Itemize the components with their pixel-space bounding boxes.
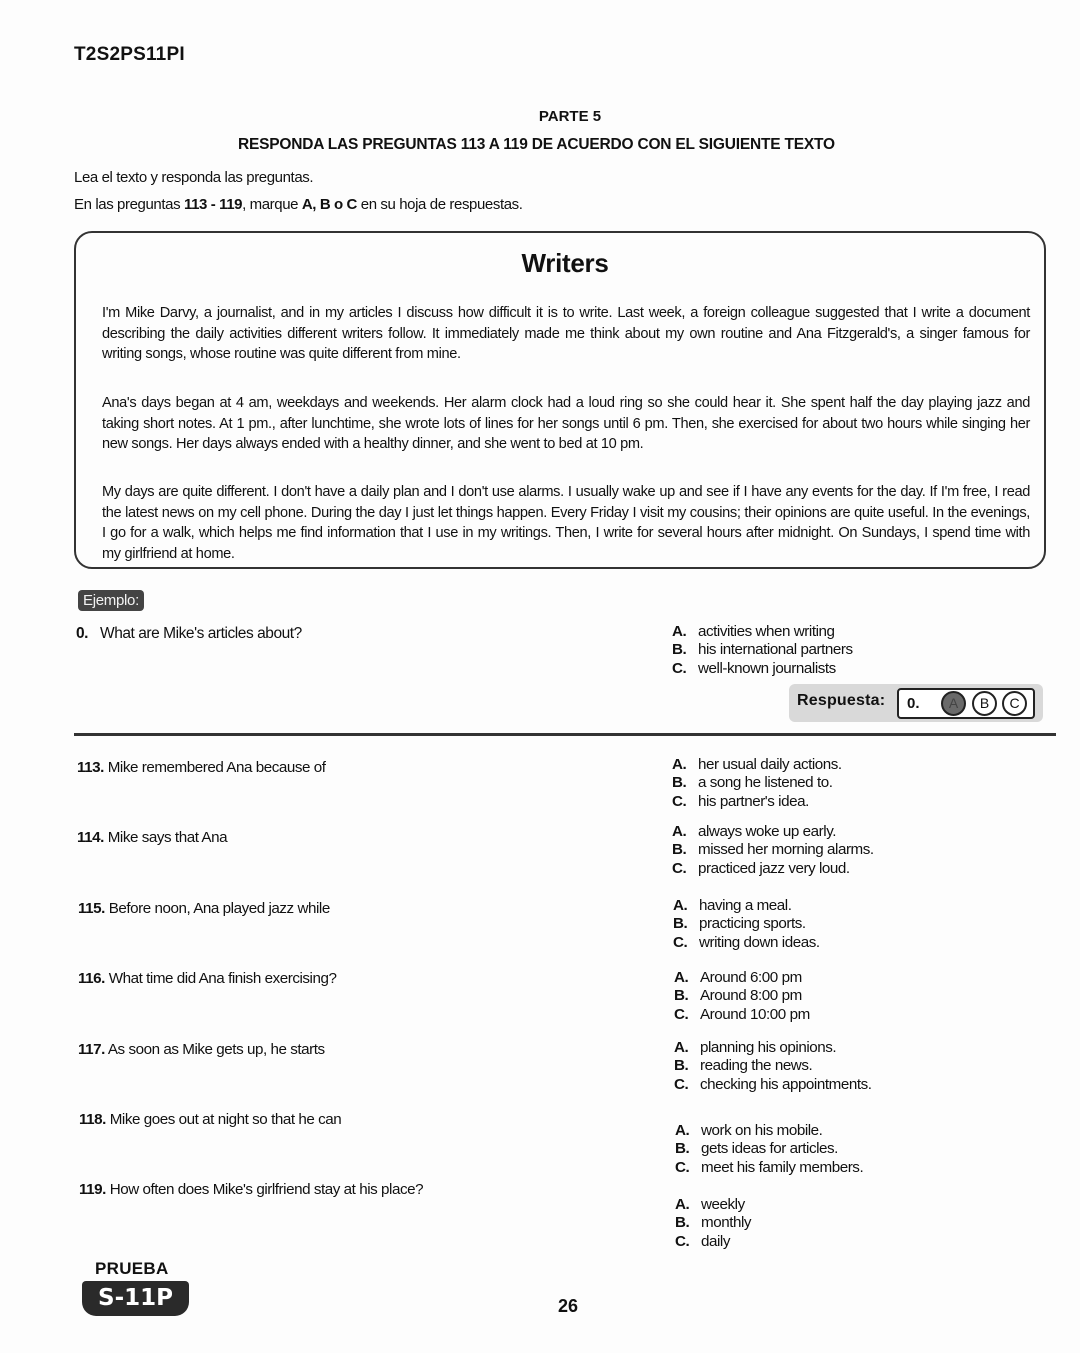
option: C.daily [675, 1233, 751, 1251]
instruction-range: 113 - 119 [184, 196, 242, 213]
option: C.writing down ideas. [673, 934, 820, 952]
option: A.activities when writing [672, 623, 853, 641]
option: C.practiced jazz very loud. [672, 860, 874, 878]
question-116: 116. What time did Ana finish exercising… [78, 970, 336, 987]
question-number: 0. [76, 625, 88, 642]
options-114: A.always woke up early. B.missed her mor… [672, 823, 874, 878]
example-question: 0.What are Mike's articles about? [76, 625, 302, 643]
example-options: A.activities when writing B.his internat… [672, 623, 853, 678]
option: B.his international partners [672, 641, 853, 659]
option: A.work on his mobile. [675, 1122, 863, 1140]
answer-bubble-c[interactable]: C [1002, 691, 1027, 716]
options-113: A.her usual daily actions. B.a song he l… [672, 756, 842, 811]
answer-bubble-b[interactable]: B [972, 691, 997, 716]
instruction-prefix: En las preguntas [74, 196, 184, 213]
section-divider [74, 733, 1056, 736]
options-118: A.work on his mobile. B.gets ideas for a… [675, 1122, 863, 1177]
option: C.meet his family members. [675, 1159, 863, 1177]
options-116: A.Around 6:00 pm B.Around 8:00 pm C.Arou… [674, 969, 810, 1024]
option: A.planning his opinions. [674, 1039, 872, 1057]
question-115: 115. Before noon, Ana played jazz while [78, 900, 330, 917]
option: B.a song he listened to. [672, 774, 842, 792]
instruction-mark: En las preguntas 113 - 119, marque A, B … [74, 196, 523, 213]
option: A.having a meal. [673, 897, 820, 915]
example-label: Ejemplo: [78, 590, 144, 611]
question-text: What are Mike's articles about? [100, 625, 302, 642]
reading-title: Writers [0, 248, 1080, 279]
option: B.missed her morning alarms. [672, 841, 874, 859]
options-115: A.having a meal. B.practicing sports. C.… [673, 897, 820, 952]
instruction-options: A, B o C [302, 196, 357, 213]
option: B.reading the news. [674, 1057, 872, 1075]
question-114: 114. Mike says that Ana [77, 829, 227, 846]
option: B.monthly [675, 1214, 751, 1232]
document-code: T2S2PS11PI [74, 44, 185, 66]
test-code-badge: S-11P [82, 1281, 189, 1316]
options-117: A.planning his opinions. B.reading the n… [674, 1039, 872, 1094]
section-heading: RESPONDA LAS PREGUNTAS 113 A 119 DE ACUE… [238, 136, 835, 154]
option: C.Around 10:00 pm [674, 1006, 810, 1024]
option: B.practicing sports. [673, 915, 820, 933]
question-119: 119. How often does Mike's girlfriend st… [79, 1181, 423, 1198]
question-113: 113. Mike remembered Ana because of [77, 759, 326, 776]
page-number: 26 [558, 1296, 578, 1317]
option: A.always woke up early. [672, 823, 874, 841]
reading-paragraph: My days are quite different. I don't hav… [102, 482, 1030, 564]
answer-label: Respuesta: [797, 692, 885, 710]
instruction-read: Lea el texto y responda las preguntas. [74, 169, 313, 186]
option: A.weekly [675, 1196, 751, 1214]
part-title: PARTE 5 [0, 108, 1080, 125]
options-119: A.weekly B.monthly C.daily [675, 1196, 751, 1251]
reading-paragraph: I'm Mike Darvy, a journalist, and in my … [102, 303, 1030, 365]
instruction-middle: , marque [242, 196, 302, 213]
instruction-suffix: en su hoja de respuestas. [357, 196, 523, 213]
reading-paragraph: Ana's days began at 4 am, weekdays and w… [102, 393, 1030, 455]
option: B.gets ideas for articles. [675, 1140, 863, 1158]
option: B.Around 8:00 pm [674, 987, 810, 1005]
option: A.her usual daily actions. [672, 756, 842, 774]
question-118: 118. Mike goes out at night so that he c… [79, 1111, 341, 1128]
question-117: 117. As soon as Mike gets up, he starts [78, 1041, 325, 1058]
option: C.well-known journalists [672, 660, 853, 678]
option: A.Around 6:00 pm [674, 969, 810, 987]
answer-bubble-a[interactable]: A [941, 691, 966, 716]
option: C.his partner's idea. [672, 793, 842, 811]
answer-number: 0. [907, 695, 920, 712]
test-label: PRUEBA [95, 1259, 169, 1279]
option: C.checking his appointments. [674, 1076, 872, 1094]
